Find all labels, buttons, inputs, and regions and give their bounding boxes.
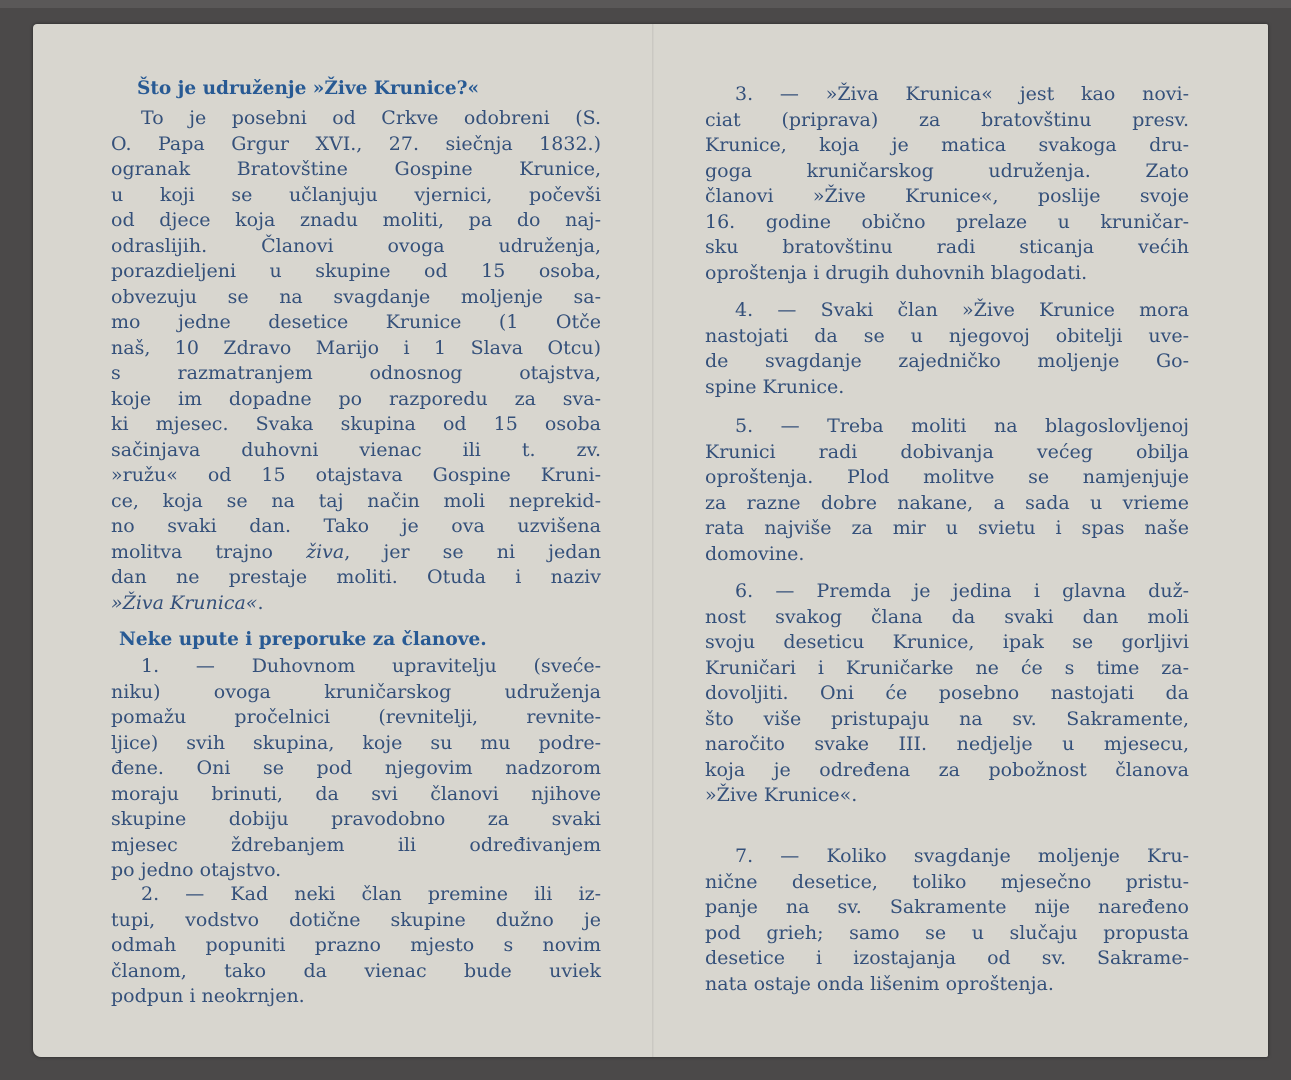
text-line: desetice i izostajanja od sv. Sakrame- [705,946,1189,972]
rule-item-3: 3. — »Živa Krunica« jest kao novi-ciat (… [705,82,1189,286]
section-heading: Što je udruženje »Žive Krunice?« [111,76,601,102]
text-line: 5. — Treba moliti na blagoslovljenoj [705,414,1189,440]
text-line: što više pristupaju na sv. Sakramente, [705,707,1189,733]
text-line: O. Papa Grgur XVI., 27. siečnja 1832.) [111,132,601,158]
text-line: mo jedne desetice Krunice (1 Otče [111,310,601,336]
text-line: u koji se učlanjuju vjernici, počevši [111,183,601,209]
text-line: 7. — Koliko svagdanje moljenje Kru- [705,844,1189,870]
text-line: s razmatranjem odnosnog otajstva, [111,361,601,387]
rule-item-4: 4. — Svaki član »Žive Krunice moranastoj… [705,298,1189,400]
booklet-spread: Što je udruženje »Žive Krunice?« To je p… [33,24,1268,1057]
text-line: 6. — Premda je jedina i glavna duž- [705,579,1189,605]
text-line: oproštenja i drugih duhovnih blagodati. [705,261,1189,287]
text-line: 2. — Kad neki član premine ili iz- [111,882,601,908]
text-line: panje na sv. Sakramente nije naređeno [705,895,1189,921]
text-line: pod grieh; samo se u slučaju propusta [705,921,1189,947]
text-line: obvezuju se na svagdanje moljenje sa- [111,285,601,311]
text-line: no svaki dan. Tako je ova uzvišena [111,514,601,540]
text-line: svoju deseticu Krunice, ipak se gorljivi [705,630,1189,656]
center-fold [652,24,654,1057]
right-page: 3. — »Živa Krunica« jest kao novi-ciat (… [705,24,1189,1057]
text-line: »ružu« od 15 otajstava Gospine Kruni- [111,463,601,489]
text-line: 16. godine obično prelaze u kruničar- [705,210,1189,236]
text-line: tupi, vodstvo dotične skupine dužno je [111,908,601,934]
text-line: od djece koja znadu moliti, pa do naj- [111,208,601,234]
text-line: de svagdanje zajedničko moljenje Go- [705,349,1189,375]
text-line: 3. — »Živa Krunica« jest kao novi- [705,82,1189,108]
text-line: ciat (priprava) za bratovštinu presv. [705,108,1189,134]
text-line: članom, tako da vienac bude uviek [111,959,601,985]
text-line: ki mjesec. Svaka skupina od 15 osoba [111,412,601,438]
text-line: dan ne prestaje moliti. Otuda i naziv [111,565,601,591]
text-line: Krunice, koja je matica svakoga dru- [705,133,1189,159]
text-line: molitva trajno živa, jer se ni jedan [111,540,601,566]
text-line: goga kruničarskog udruženja. Zato [705,159,1189,185]
text-line: pomažu pročelnici (revnitelji, revnite- [111,705,601,731]
rule-item-1: 1. — Duhovnom upravitelju (sveće-niku) o… [111,654,601,884]
text-line: članovi »Žive Krunice«, poslije svoje [705,184,1189,210]
text-line: đene. Oni se pod njegovim nadzorom [111,756,601,782]
text-line: skupine dobiju pravodobno za svaki [111,807,601,833]
text-line: 4. — Svaki član »Žive Krunice mora [705,298,1189,324]
rule-item-6: 6. — Premda je jedina i glavna duž-nost … [705,579,1189,809]
text-line: za razne dobre nakane, a sada u vrieme [705,491,1189,517]
text-line: podpun i neokrnjen. [111,984,601,1010]
text-line: »Žive Krunice«. [705,783,1189,809]
text-line: niku) ovoga kruničarskog udruženja [111,680,601,706]
text-line: moraju brinuti, da svi članovi njihove [111,782,601,808]
text-line: spine Krunice. [705,375,1189,401]
text-line: 1. — Duhovnom upravitelju (sveće- [111,654,601,680]
text-line: sku bratovštinu radi sticanja većih [705,235,1189,261]
text-line: nost svakog člana da svaki dan moli [705,605,1189,631]
intro-paragraph-tail: molitva trajno živa, jer se ni jedan dan… [111,540,601,617]
rule-item-5: 5. — Treba moliti na blagoslovljenojKrun… [705,414,1189,567]
text-line: naš, 10 Zdravo Marijo i 1 Slava Otcu) [111,336,601,362]
intro-paragraph: To je posebni od Crkve odobreni (S.O. Pa… [111,106,601,540]
text-line: domovine. [705,542,1189,568]
text-line: ogranak Bratovštine Gospine Krunice, [111,157,601,183]
section-subheading: Neke upute i preporuke za članove. [111,627,601,653]
text-line: Krunici radi dobivanja većeg obilja [705,440,1189,466]
text-line: mjesec ždrebanjem ili određivanjem [111,833,601,859]
left-page: Što je udruženje »Žive Krunice?« To je p… [111,24,601,1057]
text-line: odmah popuniti prazno mjesto s novim [111,933,601,959]
text-line: nata ostaje onda lišenim oproštenja. [705,972,1189,998]
text-line: dovoljiti. Oni će posebno nastojati da [705,681,1189,707]
subheading-block: Neke upute i preporuke za članove. [111,627,601,653]
text-line: naročito svake III. nedjelje u mjesecu, [705,732,1189,758]
text-line: oproštenja. Plod molitve se namjenjuje [705,465,1189,491]
rule-item-2: 2. — Kad neki član premine ili iz-tupi, … [111,882,601,1010]
text-line: »Živa Krunica«. [111,591,601,617]
text-line: Kruničari i Kruničarke ne će s time za- [705,656,1189,682]
frame-edge [0,0,1291,8]
text-line: nične desetice, toliko mjesečno pristu- [705,870,1189,896]
left-heading-block: Što je udruženje »Žive Krunice?« [111,76,601,102]
text-line: ljice) svih skupina, koje su mu podre- [111,731,601,757]
text-line: koja je određena za pobožnost članova [705,758,1189,784]
text-line: rata najviše za mir u svietu i spas naše [705,516,1189,542]
text-line: porazdieljeni u skupine od 15 osoba, [111,259,601,285]
text-line: To je posebni od Crkve odobreni (S. [111,106,601,132]
text-line: po jedno otajstvo. [111,858,601,884]
text-line: sačinjava duhovni vienac ili t. zv. [111,438,601,464]
text-line: koje im dopadne po razporedu za sva- [111,387,601,413]
text-line: nastojati da se u njegovoj obitelji uve- [705,324,1189,350]
text-line: odraslijih. Članovi ovoga udruženja, [111,234,601,260]
rule-item-7: 7. — Koliko svagdanje moljenje Kru-nične… [705,844,1189,997]
text-line: ce, koja se na taj način moli neprekid- [111,489,601,515]
